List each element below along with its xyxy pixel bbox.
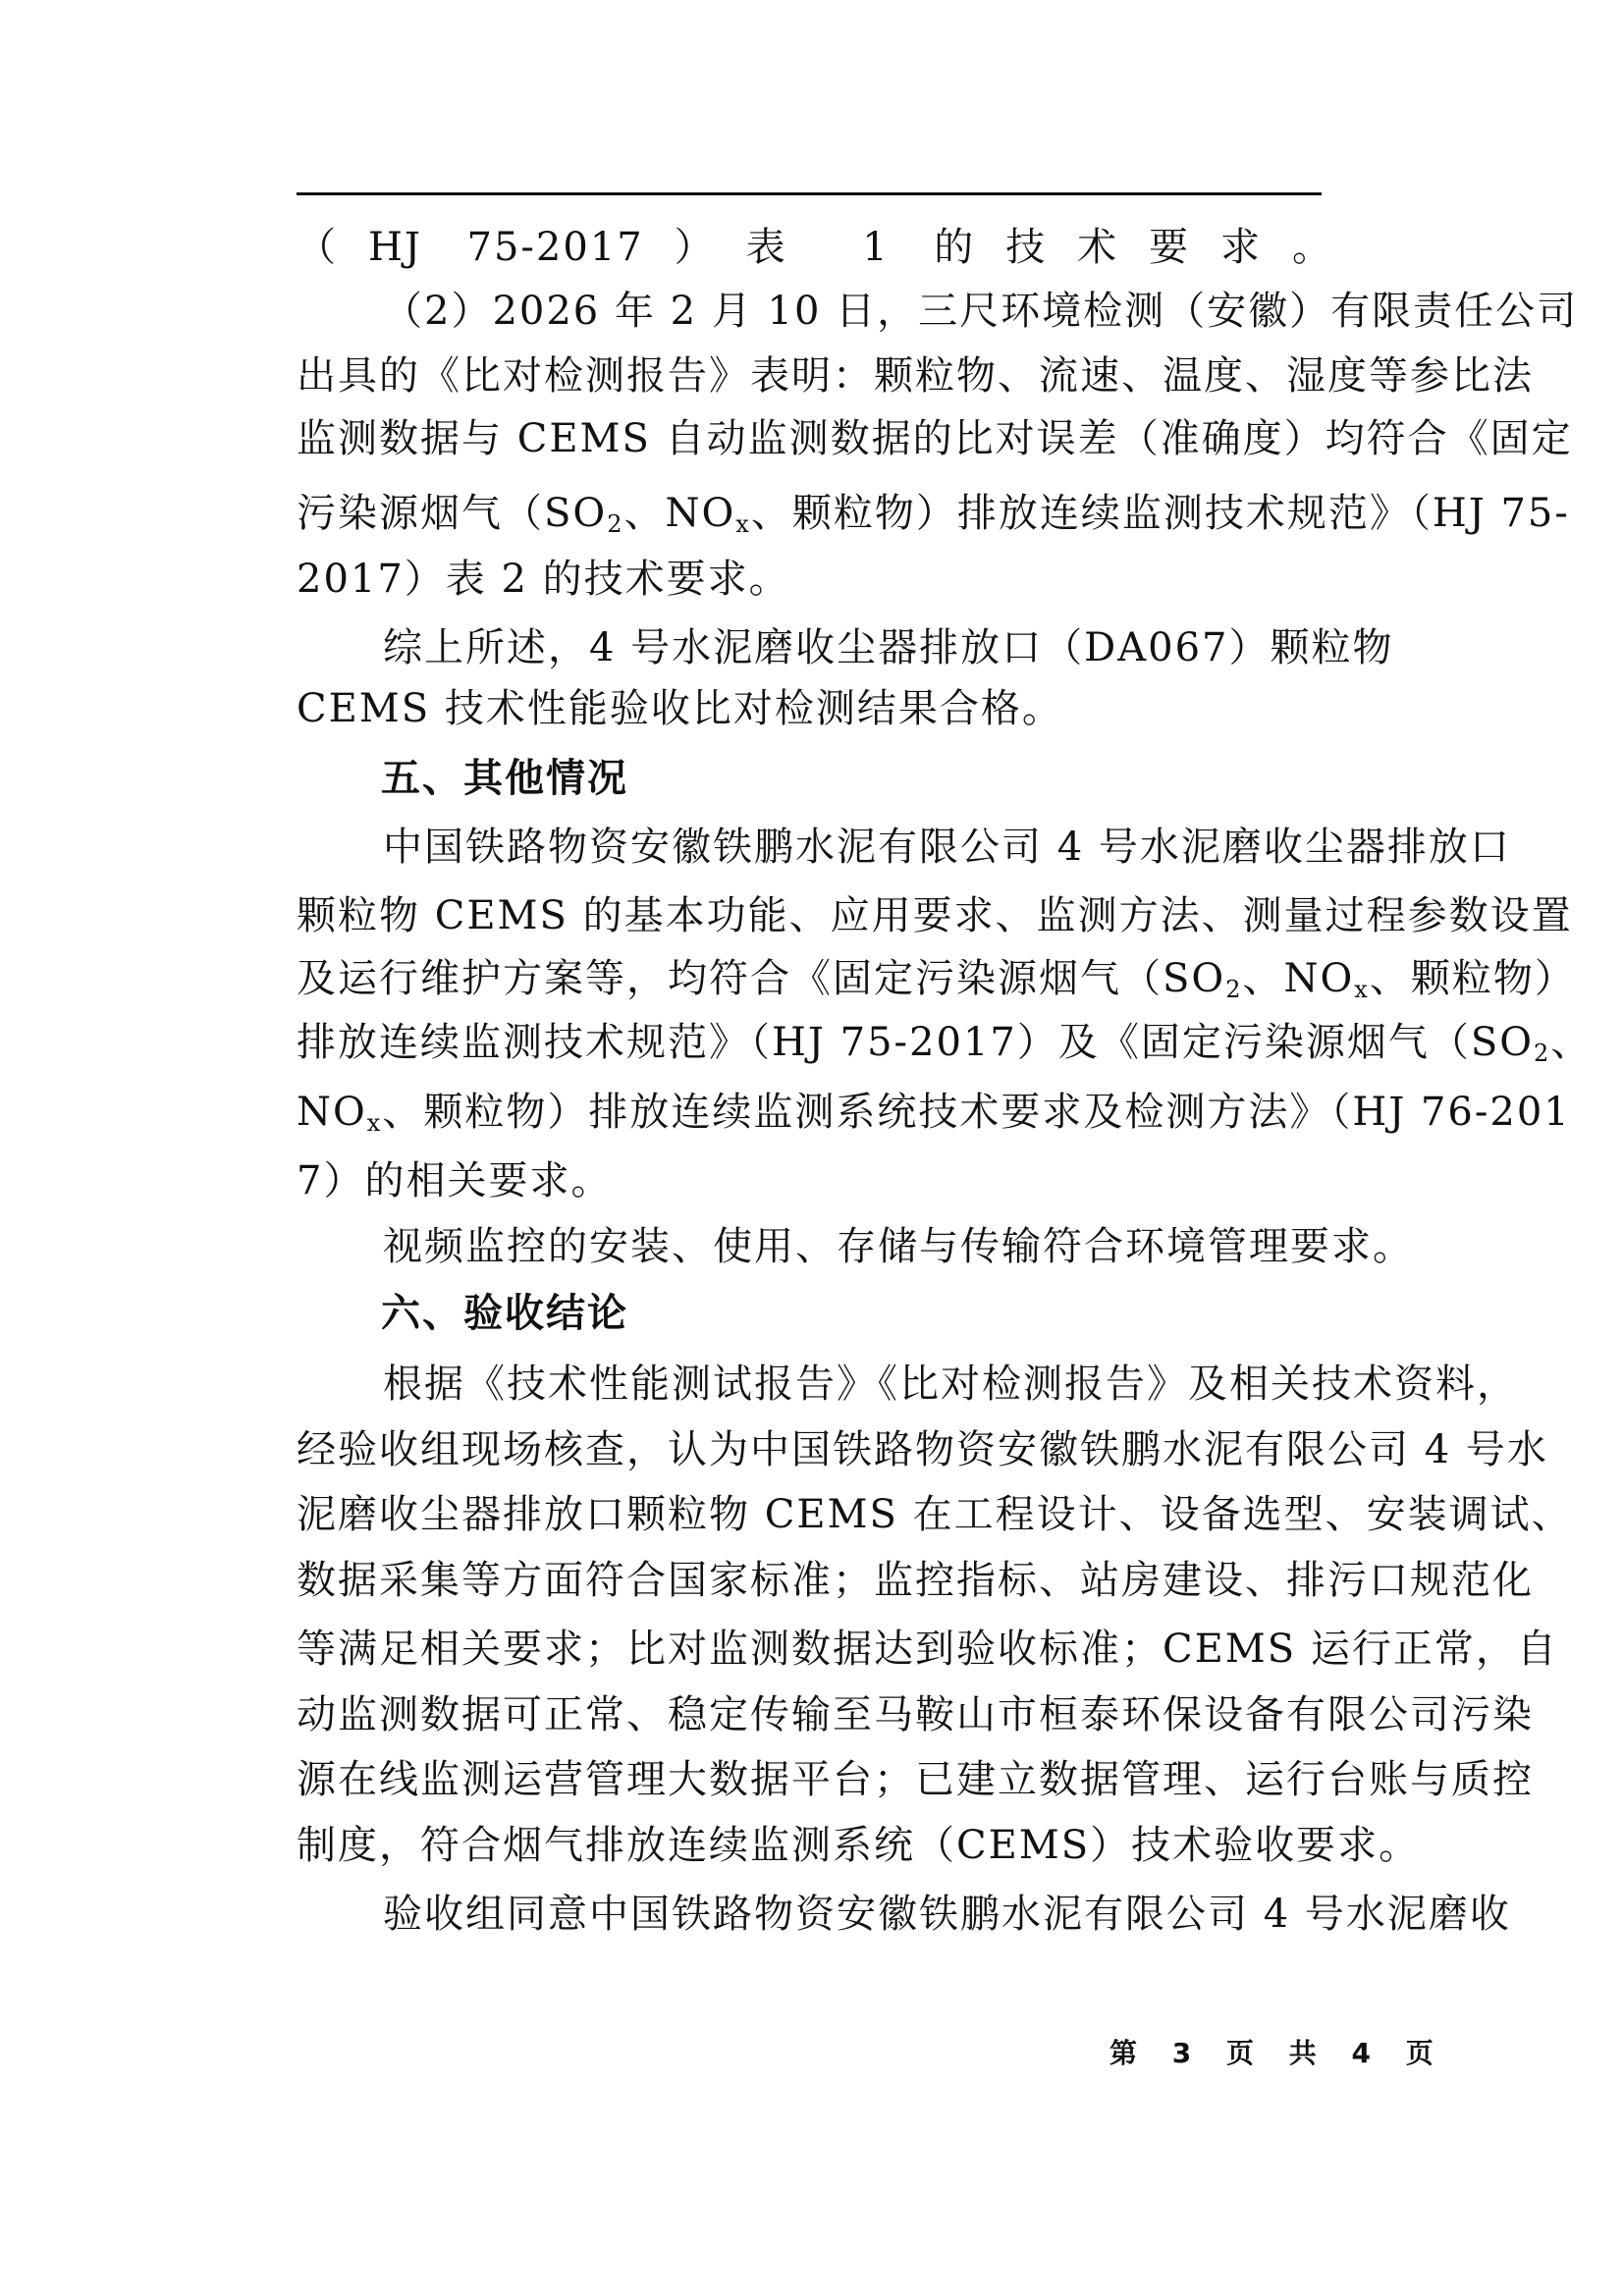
line-text: 、 bbox=[1550, 1020, 1592, 1065]
subscript: x bbox=[367, 1109, 383, 1137]
text-line: （HJ 75-2017）表 1 的技术要求。 bbox=[297, 218, 1333, 277]
text-line: 及运行维护方案等，均符合《固定污染源烟气（SO2、NOx、颗粒物） bbox=[297, 949, 1333, 1008]
heading-text: 五、其他情况 bbox=[381, 756, 628, 801]
line-text: 根据《技术性能测试报告》《比对检测报告》及相关技术资料， bbox=[383, 1362, 1518, 1407]
line-text: 源在线监测运营管理大数据平台；已建立数据管理、运行台账与质控 bbox=[297, 1757, 1534, 1802]
line-text: （2）2026 年 2 月 10 日，三尺环境检测（安徽）有限责任公司 bbox=[383, 289, 1578, 334]
line-text: 出具的《比对检测报告》表明：颗粒物、流速、温度、湿度等参比法 bbox=[297, 353, 1534, 399]
line-text: 中国铁路物资安徽铁鹏水泥有限公司 4 号水泥磨收尘器排放口 bbox=[383, 825, 1511, 870]
text-line: 中国铁路物资安徽铁鹏水泥有限公司 4 号水泥磨收尘器排放口 bbox=[383, 818, 1333, 877]
line-text: 经验收组现场核查，认为中国铁路物资安徽铁鹏水泥有限公司 4 号水 bbox=[297, 1427, 1548, 1472]
page-number: 第 3 页 共 4 页 bbox=[1109, 2032, 1443, 2071]
subscript: x bbox=[1354, 976, 1370, 1003]
heading-text: 六、验收结论 bbox=[381, 1291, 628, 1336]
subscript: x bbox=[735, 510, 751, 538]
text-line: 源在线监测运营管理大数据平台；已建立数据管理、运行台账与质控 bbox=[297, 1750, 1333, 1809]
line-text: 2017）表 2 的技术要求。 bbox=[297, 557, 790, 602]
line-text: 颗粒物 CEMS 的基本功能、应用要求、监测方法、测量过程参数设置 bbox=[297, 893, 1573, 938]
text-line: （2）2026 年 2 月 10 日，三尺环境检测（安徽）有限责任公司 bbox=[383, 282, 1333, 341]
line-text: 监测数据与 CEMS 自动监测数据的比对误差（准确度）均符合《固定 bbox=[297, 416, 1573, 461]
line-text: 视频监控的安装、使用、存储与传输符合环境管理要求。 bbox=[383, 1224, 1414, 1269]
text-line: 视频监控的安装、使用、存储与传输符合环境管理要求。 bbox=[383, 1217, 1424, 1276]
text-line: 排放连续监测技术规范》（HJ 75-2017）及《固定污染源烟气（SO2、 bbox=[297, 1013, 1333, 1072]
line-text: 数据采集等方面符合国家标准；监控指标、站房建设、排污口规范化 bbox=[297, 1558, 1534, 1603]
line-text: 制度，符合烟气排放连续监测系统（CEMS）技术验收要求。 bbox=[297, 1823, 1420, 1868]
text-line: 出具的《比对检测报告》表明：颗粒物、流速、温度、湿度等参比法 bbox=[297, 347, 1333, 405]
text-line: CEMS 技术性能验收比对检测结果合格。 bbox=[297, 679, 1337, 738]
header-rule bbox=[297, 192, 1322, 195]
text-line: 泥磨收尘器排放口颗粒物 CEMS 在工程设计、设备选型、安装调试、 bbox=[297, 1485, 1333, 1544]
text-line: 综上所述，4 号水泥磨收尘器排放口（DA067）颗粒物 bbox=[383, 618, 1424, 677]
line-text: 综上所述，4 号水泥磨收尘器排放口（DA067）颗粒物 bbox=[383, 625, 1393, 670]
text-line: 污染源烟气（SO2、NOx、颗粒物）排放连续监测技术规范》（HJ 75- bbox=[297, 484, 1333, 543]
line-text: 及运行维护方案等，均符合《固定污染源烟气（SO bbox=[297, 956, 1225, 1001]
line-text: 、颗粒物）排放连续监测系统技术要求及检测方法》（HJ 76-201 bbox=[382, 1090, 1570, 1135]
line-text: CEMS 技术性能验收比对检测结果合格。 bbox=[297, 686, 1063, 731]
line-text: 、颗粒物） bbox=[1370, 956, 1576, 1001]
text-line: 等满足相关要求；比对监测数据达到验收标准；CEMS 运行正常，自 bbox=[297, 1620, 1333, 1679]
text-line: 根据《技术性能测试报告》《比对检测报告》及相关技术资料， bbox=[383, 1355, 1333, 1414]
text-line: 数据采集等方面符合国家标准；监控指标、站房建设、排污口规范化 bbox=[297, 1551, 1333, 1610]
subscript: 2 bbox=[1534, 1040, 1550, 1067]
section-heading-5: 五、其他情况 bbox=[381, 749, 1422, 808]
subscript: 2 bbox=[1225, 976, 1242, 1003]
text-line: NOx、颗粒物）排放连续监测系统技术要求及检测方法》（HJ 76-201 bbox=[297, 1083, 1333, 1142]
section-heading-6: 六、验收结论 bbox=[381, 1284, 1422, 1343]
text-line: 验收组同意中国铁路物资安徽铁鹏水泥有限公司 4 号水泥磨收 bbox=[383, 1885, 1333, 1944]
line-text: 、颗粒物）排放连续监测技术规范》（HJ 75- bbox=[751, 491, 1570, 536]
line-text: 动监测数据可正常、稳定传输至马鞍山市桓泰环保设备有限公司污染 bbox=[297, 1692, 1534, 1737]
line-text: 污染源烟气（SO bbox=[297, 491, 607, 536]
line-text: 排放连续监测技术规范》（HJ 75-2017）及《固定污染源烟气（SO bbox=[297, 1020, 1534, 1065]
line-text: 泥磨收尘器排放口颗粒物 CEMS 在工程设计、设备选型、安装调试、 bbox=[297, 1492, 1573, 1537]
text-line: 监测数据与 CEMS 自动监测数据的比对误差（准确度）均符合《固定 bbox=[297, 409, 1333, 468]
text-line: 动监测数据可正常、稳定传输至马鞍山市桓泰环保设备有限公司污染 bbox=[297, 1685, 1333, 1744]
line-text: 验收组同意中国铁路物资安徽铁鹏水泥有限公司 4 号水泥磨收 bbox=[383, 1892, 1511, 1937]
text-line: 经验收组现场核查，认为中国铁路物资安徽铁鹏水泥有限公司 4 号水 bbox=[297, 1420, 1333, 1479]
line-text: 7）的相关要求。 bbox=[297, 1158, 612, 1203]
line-text: NO bbox=[297, 1090, 367, 1135]
text-line: 制度，符合烟气排放连续监测系统（CEMS）技术验收要求。 bbox=[297, 1816, 1337, 1875]
line-text: 、NO bbox=[623, 491, 735, 536]
line-text: 、NO bbox=[1242, 956, 1354, 1001]
text-line: 颗粒物 CEMS 的基本功能、应用要求、监测方法、测量过程参数设置 bbox=[297, 886, 1333, 945]
line-text: 等满足相关要求；比对监测数据达到验收标准；CEMS 运行正常，自 bbox=[297, 1627, 1558, 1672]
text-line: 7）的相关要求。 bbox=[297, 1151, 1337, 1210]
text-line: 2017）表 2 的技术要求。 bbox=[297, 550, 1337, 609]
line-text: （HJ 75-2017）表 1 的技术要求。 bbox=[297, 225, 1333, 270]
subscript: 2 bbox=[607, 510, 623, 538]
